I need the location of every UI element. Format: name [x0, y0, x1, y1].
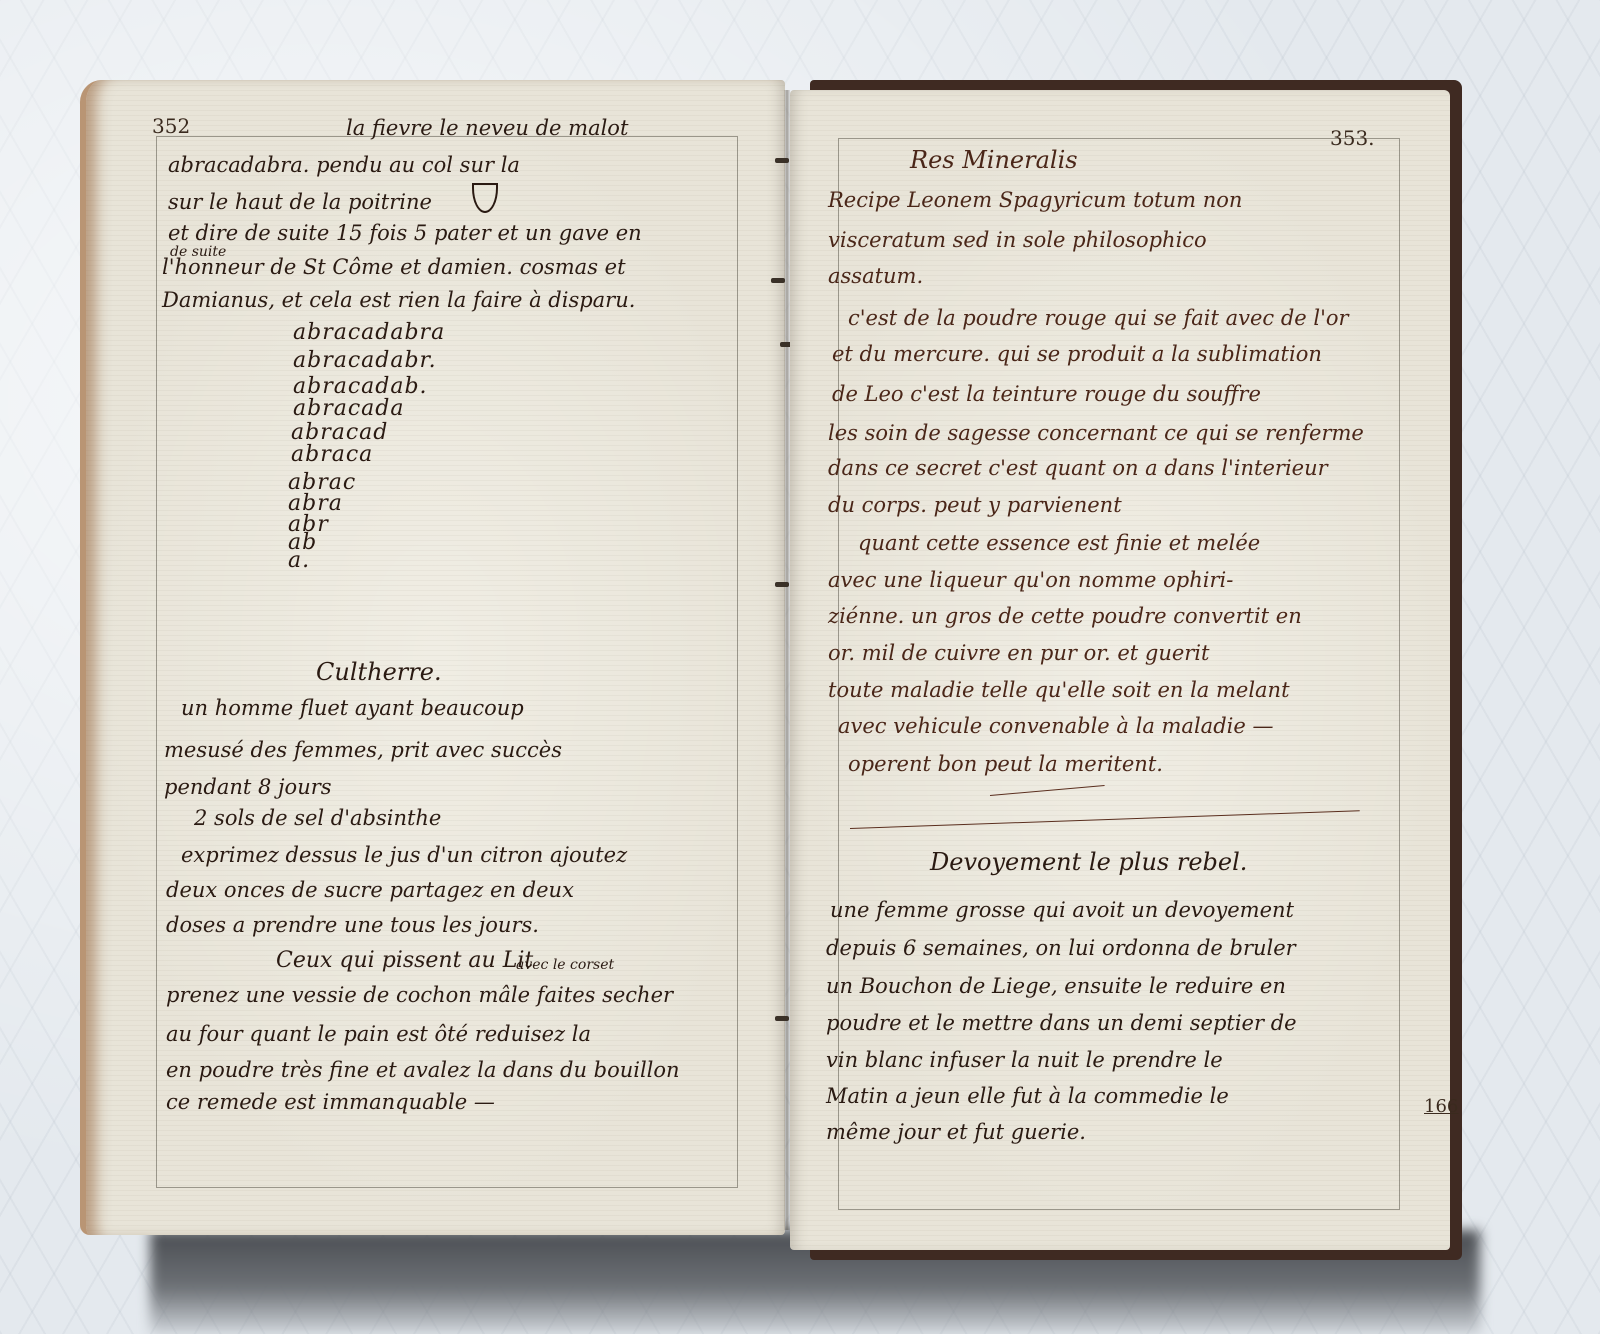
text-line: ziénne. un gros de cette poudre converti… — [828, 606, 1302, 627]
binding-stitch — [775, 582, 789, 587]
text-line: assatum. — [828, 266, 923, 287]
text-line: prenez une vessie de cochon mâle faites … — [166, 985, 673, 1006]
abracadabra-line: abraca — [291, 444, 373, 466]
text-line: dans ce secret c'est quant on a dans l'i… — [828, 458, 1328, 479]
text-line: même jour et fut guerie. — [826, 1122, 1086, 1143]
text-line: les soin de sagesse concernant ce qui se… — [828, 423, 1364, 444]
text-line: au four quant le pain est ôté reduisez l… — [166, 1024, 591, 1045]
section-heading: Ceux qui pissent au Lit — [276, 950, 533, 972]
text-line: en poudre très fine et avalez la dans du… — [166, 1060, 680, 1081]
text-line: et dire de suite 15 fois 5 pater et un g… — [168, 223, 642, 244]
text-line: avec vehicule convenable à la maladie — — [838, 716, 1273, 737]
text-line: visceratum sed in sole philosophico — [828, 230, 1207, 251]
section-heading: Cultherre. — [316, 660, 442, 684]
text-line: du corps. peut y parvienent — [828, 495, 1122, 516]
page-number: 352 — [152, 116, 190, 136]
right-page: 353. Res Mineralis Recipe Leonem Spagyri… — [790, 90, 1450, 1250]
page-number: 353. — [1330, 128, 1375, 148]
text-line: de Leo c'est la teinture rouge du souffr… — [832, 384, 1261, 405]
text-line: deux onces de sucre partagez en deux — [166, 880, 574, 901]
text-line: un homme fluet ayant beaucoup — [181, 698, 524, 719]
abracadabra-line: abracad — [291, 422, 388, 444]
abracadabra-line: abracadabr. — [293, 350, 437, 372]
text-line: Damianus, et cela est rien la faire à di… — [162, 290, 635, 311]
text-line: Matin a jeun elle fut à la commedie le — [826, 1086, 1229, 1107]
text-line: Recipe Leonem Spagyricum totum non — [828, 190, 1242, 211]
text-line: 2 sols de sel d'absinthe — [194, 808, 441, 829]
text-line: sur le haut de la poitrine — [168, 192, 432, 213]
text-line: l'honneur de St Côme et damien. cosmas e… — [162, 257, 626, 278]
text-line: exprimez dessus le jus d'un citron ajout… — [181, 845, 627, 866]
text-line: abracadabra. pendu au col sur la — [168, 155, 520, 176]
text-line: depuis 6 semaines, on lui ordonna de bru… — [826, 938, 1296, 959]
text-line: quant cette essence est finie et melée — [858, 533, 1260, 554]
abracadabra-line: a. — [288, 550, 310, 572]
folio-number: 166 — [1424, 1098, 1458, 1116]
text-line: or. mil de cuivre en pur or. et guerit — [828, 643, 1209, 664]
text-line: avec une liqueur qu'on nomme ophiri- — [828, 570, 1233, 591]
text-line: pendant 8 jours — [164, 777, 332, 798]
text-line: poudre et le mettre dans un demi septier… — [826, 1013, 1297, 1034]
binding-stitch — [775, 158, 789, 163]
interlinear-note: avec le corset — [516, 958, 614, 972]
section-heading: Res Mineralis — [910, 148, 1078, 172]
text-line: operent bon peut la meritent. — [848, 754, 1163, 775]
text-line: ce remede est immanquable — — [166, 1092, 495, 1113]
binding-stitch — [771, 278, 785, 283]
text-line: une femme grosse qui avoit un devoyement — [830, 900, 1294, 921]
section-heading: la fievre le neveu de malot — [346, 118, 628, 139]
abracadabra-line: abracadab. — [293, 376, 428, 398]
text-line: un Bouchon de Liege, ensuite le reduire … — [826, 976, 1286, 997]
text-line: mesusé des femmes, prit avec succès — [164, 740, 562, 761]
left-page: 352 la fievre le neveu de malot abracada… — [80, 80, 785, 1235]
abracadabra-line: abracadabra — [293, 322, 445, 344]
text-line: et du mercure. qui se produit a la subli… — [832, 344, 1322, 365]
text-line: vin blanc infuser la nuit le prendre le — [826, 1050, 1223, 1071]
text-line: doses a prendre une tous les jours. — [166, 915, 539, 936]
abracadabra-line: abracada — [293, 398, 404, 420]
text-line: toute maladie telle qu'elle soit en la m… — [828, 680, 1290, 701]
binding-stitch — [775, 1016, 789, 1021]
section-heading: Devoyement le plus rebel. — [930, 850, 1247, 874]
text-line: c'est de la poudre rouge qui se fait ave… — [848, 308, 1349, 329]
